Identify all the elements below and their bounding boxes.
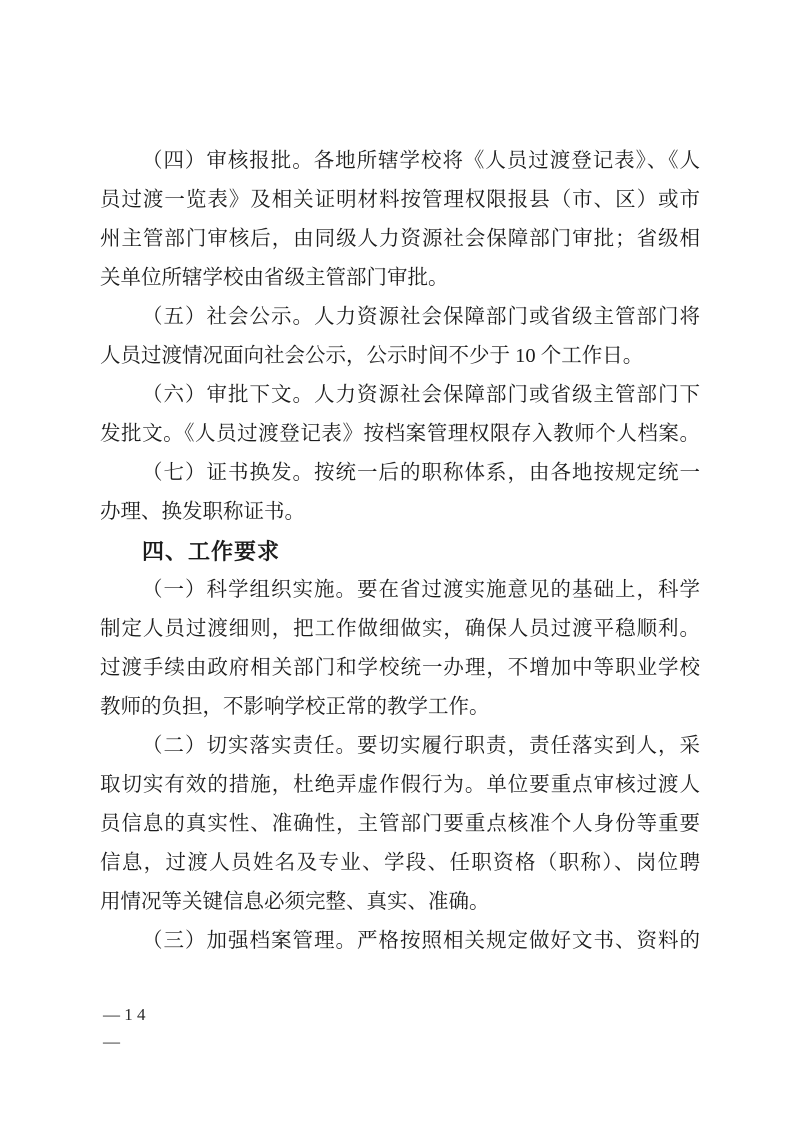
paragraph-line: （一）科学组织实施。要在省过渡实施意见的基础上，科学 <box>100 571 700 610</box>
paragraph-line: （六）审批下文。人力资源社会保障部门或省级主管部门下 <box>100 376 700 415</box>
page-footer: — 1 4 — <box>103 1001 146 1055</box>
paragraph-line: 制定人员过渡细则，把工作做细做实，确保人员过渡平稳顺利。 <box>100 610 700 649</box>
paragraph-line: 人员过渡情况面向社会公示，公示时间不少于 10 个工作日。 <box>100 337 700 376</box>
paragraph-line: （七）证书换发。按统一后的职称体系，由各地按规定统一 <box>100 454 700 493</box>
document-body: （四）审核报批。各地所辖学校将《人员过渡登记表》、《人 员过渡一览表》及相关证明… <box>100 142 700 961</box>
paragraph-line: 信息，过渡人员姓名及专业、学段、任职资格（职称）、岗位聘 <box>100 844 700 883</box>
paragraph-line: 办理、换发职称证书。 <box>100 493 700 532</box>
paragraph-line: 员信息的真实性、准确性，主管部门要重点核准个人身份等重要 <box>100 805 700 844</box>
paragraph-line: 州主管部门审核后，由同级人力资源社会保障部门审批；省级相 <box>100 220 700 259</box>
page-number-dash: — <box>103 1028 146 1055</box>
paragraph-line: 用情况等关键信息必须完整、真实、准确。 <box>100 883 700 922</box>
paragraph-line: 员过渡一览表》及相关证明材料按管理权限报县（市、区）或市 <box>100 181 700 220</box>
paragraph-line: 关单位所辖学校由省级主管部门审批。 <box>100 259 700 298</box>
paragraph-line: 过渡手续由政府相关部门和学校统一办理，不增加中等职业学校 <box>100 649 700 688</box>
page-number: — 1 4 <box>103 1001 146 1028</box>
paragraph-line: 取切实有效的措施，杜绝弄虚作假行为。单位要重点审核过渡人 <box>100 766 700 805</box>
paragraph-line: （三）加强档案管理。严格按照相关规定做好文书、资料的 <box>100 922 700 961</box>
paragraph-line: （四）审核报批。各地所辖学校将《人员过渡登记表》、《人 <box>100 142 700 181</box>
paragraph-line: （五）社会公示。人力资源社会保障部门或省级主管部门将 <box>100 298 700 337</box>
paragraph-line: （二）切实落实责任。要切实履行职责，责任落实到人，采 <box>100 727 700 766</box>
paragraph-line: 发批文。《人员过渡登记表》按档案管理权限存入教师个人档案。 <box>100 415 700 454</box>
paragraph-line: 教师的负担，不影响学校正常的教学工作。 <box>100 688 700 727</box>
section-heading: 四、工作要求 <box>100 532 700 571</box>
document-page: （四）审核报批。各地所辖学校将《人员过渡登记表》、《人 员过渡一览表》及相关证明… <box>0 0 793 1122</box>
